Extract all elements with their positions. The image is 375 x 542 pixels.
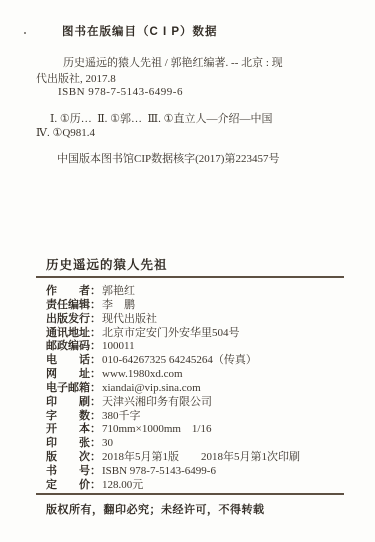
- colophon-row-value: www.1980xd.com: [102, 368, 183, 382]
- colophon-row-value: 2018年5月第1版 2018年5月第1次印刷: [102, 451, 300, 465]
- colophon-row-value: 010-64267325 64245264（传真）: [102, 354, 257, 368]
- colophon-row-label: 版 次：: [46, 451, 101, 465]
- colophon-row-value: 100011: [102, 340, 135, 354]
- colophon-row-value: 30: [102, 437, 113, 451]
- colophon-row-value: 李 鹏: [102, 299, 135, 313]
- colophon-row: 作 者： 郭艳红: [46, 285, 356, 299]
- colophon-row-label: 电子邮箱：: [46, 382, 101, 396]
- cip-header: 图书在版编目（C I P）数据: [62, 23, 218, 39]
- colophon-row: 印 张： 30: [46, 437, 356, 451]
- colophon-row: 开 本： 710mm×1000mm 1/16: [46, 423, 356, 437]
- colophon-row-label: 印 刷：: [46, 396, 101, 410]
- colophon-row-label: 出版发行：: [46, 313, 101, 327]
- colophon-row-value: 380千字: [102, 410, 141, 424]
- colophon-row: 电子邮箱： xiandai@vip.sina.com: [46, 382, 356, 396]
- cip-paragraph-line2: 代出版社, 2017.8: [36, 70, 116, 86]
- colophon-row-value: 郭艳红: [102, 285, 135, 299]
- colophon-row: 书 号： ISBN 978-7-5143-6499-6: [46, 465, 356, 479]
- cip-record-number: 中国版本图书馆CIP数据核字(2017)第223457号: [57, 150, 279, 166]
- divider-bottom: [36, 493, 344, 495]
- colophon-row: 责任编辑： 李 鹏: [46, 299, 356, 313]
- colophon-row: 通讯地址： 北京市定安门外安华里504号: [46, 327, 356, 341]
- scan-speck: [24, 32, 26, 34]
- colophon-row-label: 作 者：: [46, 285, 101, 299]
- colophon-row: 字 数： 380千字: [46, 410, 356, 424]
- colophon-row-label: 邮政编码：: [46, 340, 101, 354]
- colophon-row: 印 刷： 天津兴湘印务有限公司: [46, 396, 356, 410]
- colophon-rows: 作 者： 郭艳红 责任编辑： 李 鹏 出版发行： 现代出版社 通讯地址： 北京市…: [46, 285, 356, 493]
- book-title: 历史遥远的猿人先祖: [46, 255, 168, 273]
- colophon-row-label: 电 话：: [46, 354, 101, 368]
- colophon-row-label: 开 本：: [46, 423, 101, 437]
- cip-classification-line1: Ⅰ. ①历… Ⅱ. ①郭… Ⅲ. ①直立人—介绍—中国: [50, 110, 273, 126]
- colophon-row: 电 话： 010-64267325 64245264（传真）: [46, 354, 356, 368]
- colophon-row-value: 现代出版社: [102, 313, 157, 327]
- colophon-row: 版 次： 2018年5月第1版 2018年5月第1次印刷: [46, 451, 356, 465]
- cip-classification-line2: Ⅳ. ①Q981.4: [36, 126, 95, 139]
- colophon-row-value: 天津兴湘印务有限公司: [102, 396, 212, 410]
- colophon-row-label: 责任编辑：: [46, 299, 101, 313]
- colophon-row: 网 址： www.1980xd.com: [46, 368, 356, 382]
- copyright-notice: 版权所有，翻印必究；未经许可，不得转载: [46, 501, 265, 517]
- colophon-row-value: 北京市定安门外安华里504号: [102, 327, 240, 341]
- colophon-row-label: 定 价：: [46, 479, 101, 493]
- colophon-row-value: 128.00元: [102, 479, 143, 493]
- colophon-row-value: xiandai@vip.sina.com: [102, 382, 201, 396]
- cip-paragraph-line1: 历史遥远的猿人先祖 / 郭艳红编著. -- 北京 : 现: [63, 54, 283, 70]
- colophon-row-label: 网 址：: [46, 368, 101, 382]
- colophon-row-label: 通讯地址：: [46, 327, 101, 341]
- colophon-row-label: 印 张：: [46, 437, 101, 451]
- cip-copyright-page: 图书在版编目（C I P）数据 历史遥远的猿人先祖 / 郭艳红编著. -- 北京…: [0, 0, 375, 542]
- colophon-row-value: 710mm×1000mm 1/16: [102, 423, 211, 437]
- colophon-row-value: ISBN 978-7-5143-6499-6: [102, 465, 216, 479]
- colophon-row-label: 字 数：: [46, 410, 101, 424]
- cip-isbn-line: ISBN 978-7-5143-6499-6: [58, 86, 183, 98]
- colophon-row: 邮政编码： 100011: [46, 340, 356, 354]
- colophon-row-label: 书 号：: [46, 465, 101, 479]
- divider-top: [36, 276, 344, 278]
- colophon-row: 出版发行： 现代出版社: [46, 313, 356, 327]
- colophon-row: 定 价： 128.00元: [46, 479, 356, 493]
